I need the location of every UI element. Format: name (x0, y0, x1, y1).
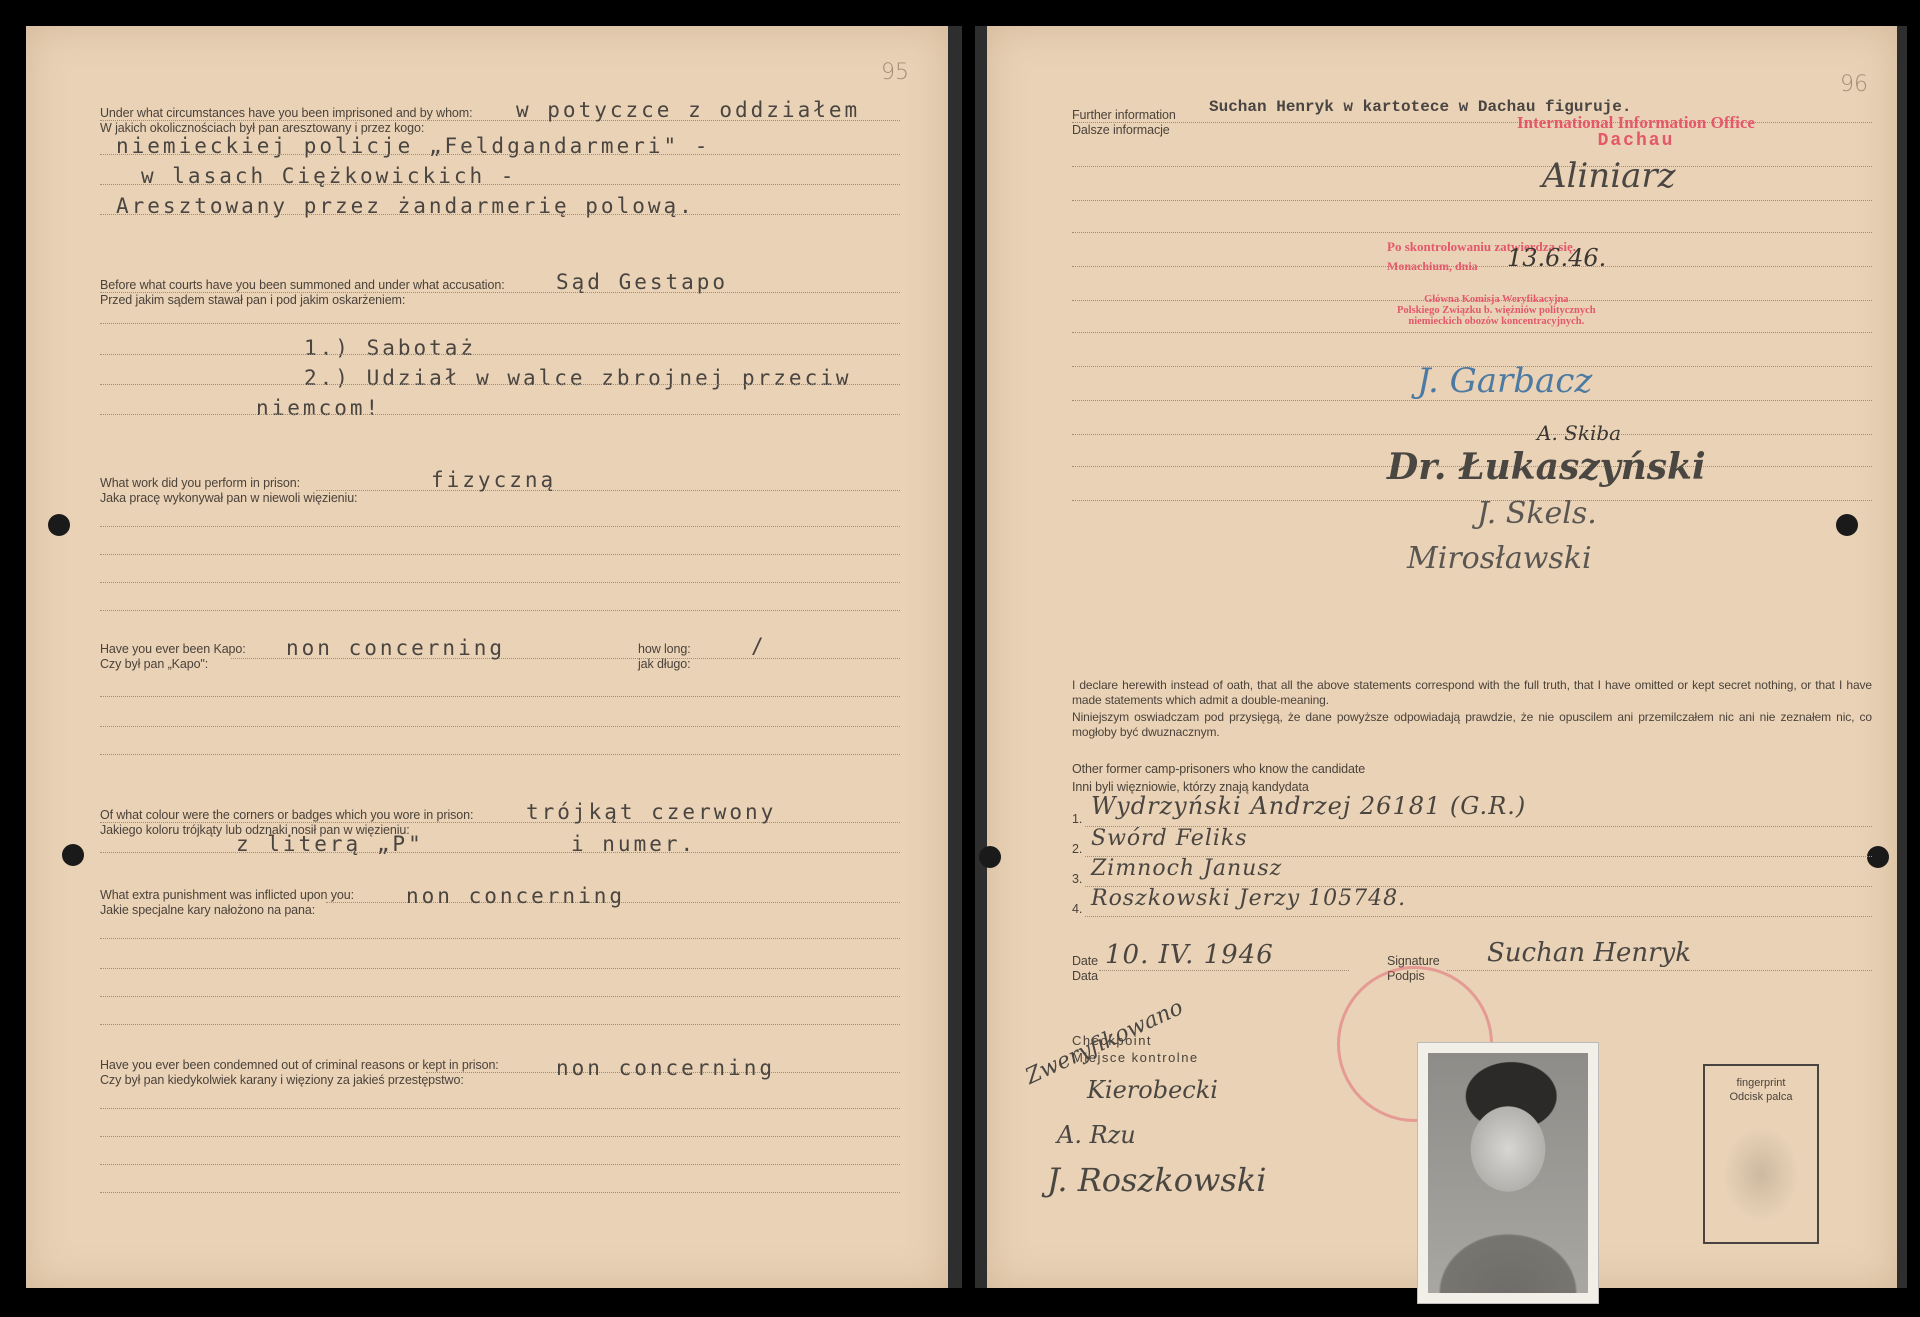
dotted-line (100, 354, 900, 355)
folio-number: 96 (1840, 72, 1868, 97)
dotted-line (100, 292, 900, 293)
question-kapo: Have you ever been Kapo: Czy był pan „Ka… (100, 642, 246, 672)
dotted-line (316, 490, 900, 491)
dotted-line (100, 214, 900, 215)
witness-name: Roszkowski Jerzy 105748. (1091, 886, 1406, 911)
answer-text: / (751, 634, 767, 658)
dotted-line (100, 938, 900, 939)
commission-signature: Dr. Łukaszyński (1387, 446, 1706, 488)
answer-text: Sąd Gestapo (556, 270, 728, 294)
dotted-line (1447, 970, 1872, 971)
witness-number: 3. (1072, 872, 1082, 887)
fingerprint-mark (1723, 1126, 1799, 1222)
answer-text: non concerning (556, 1056, 775, 1080)
question-punishment: What extra punishment was inflicted upon… (100, 888, 354, 918)
dotted-line (100, 1108, 900, 1109)
portrait-image (1428, 1053, 1588, 1293)
punch-hole (62, 844, 84, 866)
commission-signature: J. Skels. (1477, 496, 1597, 531)
dotted-line (1072, 300, 1872, 301)
witness-number: 1. (1072, 812, 1082, 827)
question-how-long: how long: jak długo: (638, 642, 691, 672)
dotted-line (100, 1192, 900, 1193)
dotted-line (100, 554, 900, 555)
question-work: What work did you perform in prison: Jak… (100, 476, 357, 506)
right-page: 96 Further information Dalsze informacje… (975, 26, 1907, 1288)
checkpoint-signature: A. Rzu (1057, 1121, 1136, 1149)
dotted-line (100, 1164, 900, 1165)
dotted-line (1072, 500, 1872, 501)
date-label: Date Data (1072, 954, 1098, 984)
further-info-label: Further information Dalsze informacje (1072, 108, 1176, 138)
answer-text: non concerning (286, 636, 505, 660)
dotted-line (1072, 232, 1872, 233)
dotted-line (1072, 266, 1872, 267)
answer-text: trójkąt czerwony (526, 800, 776, 824)
folio-number: 95 (881, 60, 909, 85)
punch-hole (48, 514, 70, 536)
dotted-line (100, 610, 900, 611)
dotted-line (100, 996, 900, 997)
checkpoint-signature: J. Roszkowski (1047, 1161, 1266, 1199)
answer-text: fizyczną (431, 468, 556, 492)
dachau-office-signature: Aliniarz (1542, 156, 1676, 196)
witness-name: Swórd Feliks (1091, 826, 1248, 851)
answer-text: 2.) Udział w walce zbrojnej przeciw (304, 366, 852, 390)
candidate-photo (1417, 1042, 1599, 1304)
date-value: 10. IV. 1946 (1105, 940, 1274, 970)
question-courts: Before what courts have you been summone… (100, 278, 505, 308)
dachau-office-stamp: International Information Office Dachau (1517, 114, 1755, 151)
dotted-line (100, 754, 900, 755)
dotted-line (1085, 916, 1872, 917)
commission-signature: J. Garbacz (1417, 361, 1592, 401)
witnesses-label: Other former camp-prisoners who know the… (1072, 760, 1365, 796)
dotted-line (100, 582, 900, 583)
witness-name: Zimnoch Janusz (1091, 856, 1282, 881)
dotted-line (100, 526, 900, 527)
answer-text: non concerning (406, 884, 625, 908)
dotted-line (100, 384, 900, 385)
witness-name: Wydrzyński Andrzej 26181 (G.R.) (1091, 792, 1526, 820)
candidate-signature: Suchan Henryk (1487, 938, 1691, 968)
dotted-line (1072, 166, 1872, 167)
dotted-line (100, 1024, 900, 1025)
answer-text: w potyczce z oddziałem (516, 98, 860, 122)
punch-hole (979, 846, 1001, 868)
dotted-line (100, 726, 900, 727)
left-page: 95 Under what circumstances have you bee… (26, 26, 962, 1288)
dotted-line (100, 822, 900, 823)
question-criminal: Have you ever been condemned out of crim… (100, 1058, 499, 1088)
dotted-line (100, 968, 900, 969)
commission-signature: Mirosławski (1407, 541, 1592, 576)
fingerprint-label: fingerprint Odcisk palca (1705, 1076, 1817, 1104)
commission-stamp: Główna Komisja Weryfikacyjna Polskiego Z… (1397, 294, 1596, 327)
answer-text: niemcom! (256, 396, 381, 420)
dotted-line (100, 323, 900, 324)
witness-number: 4. (1072, 902, 1082, 917)
verification-date: 13.6.46. (1507, 244, 1606, 272)
dotted-line (100, 414, 900, 415)
dotted-line (100, 696, 900, 697)
dotted-line (100, 1136, 900, 1137)
punch-hole (1867, 846, 1889, 868)
dotted-line (100, 154, 900, 155)
dotted-line (1099, 970, 1349, 971)
checkpoint-signature: Kierobecki (1087, 1076, 1218, 1104)
dotted-line (100, 852, 900, 853)
answer-text: 1.) Sabotaż (304, 336, 476, 360)
fingerprint-box: fingerprint Odcisk palca (1703, 1064, 1819, 1244)
dotted-line (100, 184, 900, 185)
dotted-line (1072, 332, 1872, 333)
dotted-line (1072, 200, 1872, 201)
dotted-line (1072, 434, 1872, 435)
punch-hole (1836, 514, 1858, 536)
question-circumstances: Under what circumstances have you been i… (100, 106, 472, 136)
witness-number: 2. (1072, 842, 1082, 857)
commission-signature: A. Skiba (1537, 421, 1621, 445)
declaration-text: I declare herewith instead of oath, that… (1072, 678, 1872, 740)
